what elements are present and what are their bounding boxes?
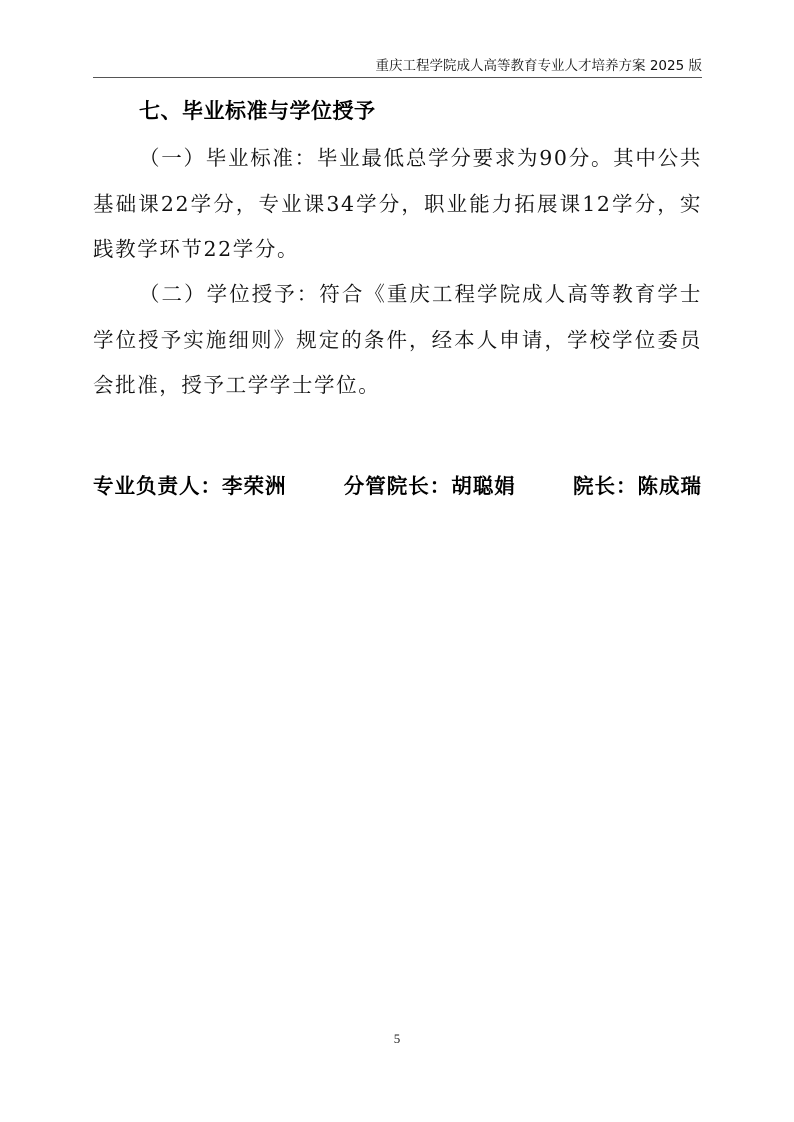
- paragraph-degree-conferral: （二）学位授予：符合《重庆工程学院成人高等教育学士学位授予实施细则》规定的条件，…: [93, 272, 702, 409]
- running-header: 重庆工程学院成人高等教育专业人才培养方案 2025 版: [93, 57, 702, 78]
- signature-deputy-dean: 分管院长：胡聪娟: [344, 469, 516, 499]
- page-number: 5: [0, 1031, 794, 1047]
- paragraph-graduation-standard: （一）毕业标准：毕业最低总学分要求为90分。其中公共基础课22学分，专业课34学…: [93, 136, 702, 273]
- signature-program-director: 专业负责人：李荣洲: [93, 469, 287, 499]
- section-title: 七、毕业标准与学位授予: [139, 96, 376, 126]
- running-header-title: 重庆工程学院成人高等教育专业人才培养方案 2025 版: [376, 58, 702, 74]
- signature-dean: 院长：陈成瑞: [573, 469, 702, 499]
- signature-line: 专业负责人：李荣洲 分管院长：胡聪娟 院长：陈成瑞: [93, 468, 702, 500]
